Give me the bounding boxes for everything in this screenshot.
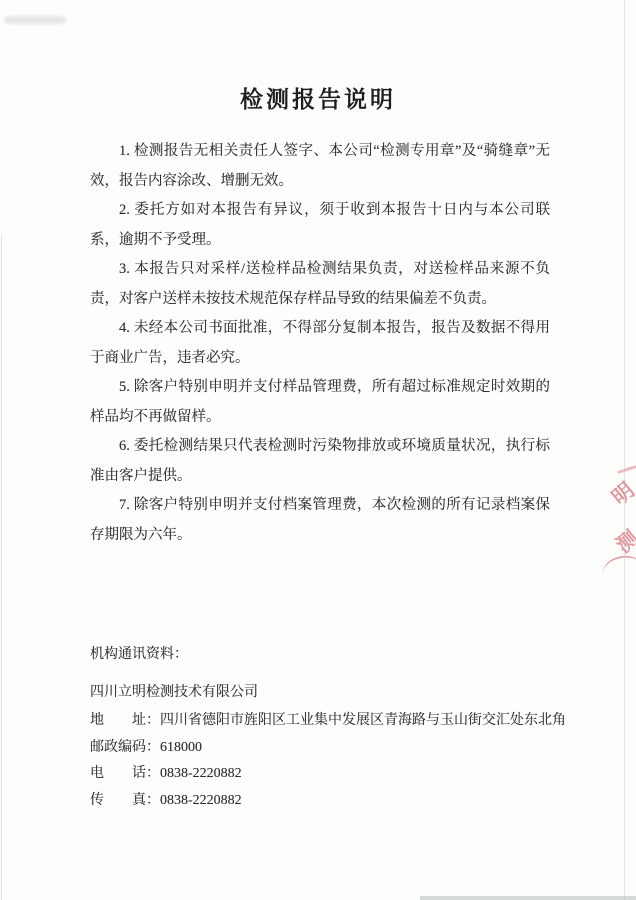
note-paragraph-2: 2. 委托方如对本报告有异议，须于收到本报告十日内与本公司联系，逾期不予受理。 xyxy=(90,196,550,255)
address-value: 四川省德阳市旌阳区工业集中发展区青海路与玉山街交汇处东北角 xyxy=(160,713,566,728)
contact-row-postcode: 邮政编码：618000 xyxy=(90,735,572,762)
postcode-label: 邮政编码： xyxy=(90,735,160,762)
stamp-fragment-arc-icon xyxy=(600,552,636,575)
page-title: 检测报告说明 xyxy=(0,81,636,114)
note-paragraph-6: 6. 委托检测结果只代表检测时污染物排放或环境质量状况，执行标准由客户提供。 xyxy=(90,432,550,491)
stamp-fragment-char-icon: 明 xyxy=(605,475,636,511)
note-paragraph-4: 4. 未经本公司书面批准，不得部分复制本报告，报告及数据不得用于商业广告，违者必… xyxy=(90,314,550,373)
fax-label: 传 真： xyxy=(90,788,160,815)
fax-value: 0838-2220882 xyxy=(160,793,242,808)
note-paragraph-5: 5. 除客户特别申明并支付样品管理费，所有超过标准规定时效期的样品均不再做留样。 xyxy=(90,373,550,432)
document-page: 检测报告说明 1. 检测报告无相关责任人签字、本公司“检测专用章”及“骑缝章”无… xyxy=(0,0,636,900)
scan-smudge xyxy=(4,16,66,24)
contact-heading: 机构通讯资料： xyxy=(90,644,572,666)
page-edge-bottom xyxy=(420,896,636,900)
note-paragraph-1: 1. 检测报告无相关责任人签字、本公司“检测专用章”及“骑缝章”无效，报告内容涂… xyxy=(90,137,550,196)
contact-info-block: 机构通讯资料： 四川立明检测技术有限公司 地 址：四川省德阳市旌阳区工业集中发展… xyxy=(90,644,572,814)
address-label: 地 址： xyxy=(90,708,160,735)
stamp-fragment-stroke-icon xyxy=(617,465,636,474)
note-paragraph-3: 3. 本报告只对采样/送检样品检测结果负责，对送检样品来源不负责，对客户送样未按… xyxy=(90,255,550,314)
contact-row-address: 地 址：四川省德阳市旌阳区工业集中发展区青海路与玉山街交汇处东北角 xyxy=(90,708,572,735)
note-paragraph-7: 7. 除客户特别申明并支付档案管理费，本次检测的所有记录档案保存期限为六年。 xyxy=(90,491,550,550)
contact-row-phone: 电 话：0838-2220882 xyxy=(90,761,572,788)
phone-value: 0838-2220882 xyxy=(160,766,242,781)
contact-row-fax: 传 真：0838-2220882 xyxy=(90,788,572,815)
phone-label: 电 话： xyxy=(90,761,160,788)
company-name: 四川立明检测技术有限公司 xyxy=(90,680,572,706)
page-edge-right xyxy=(624,0,625,900)
postcode-value: 618000 xyxy=(160,740,202,755)
page-edge-left xyxy=(1,235,2,900)
report-notes: 1. 检测报告无相关责任人签字、本公司“检测专用章”及“骑缝章”无效，报告内容涂… xyxy=(90,137,550,550)
stamp-fragment-char-icon: 测 xyxy=(609,523,636,559)
